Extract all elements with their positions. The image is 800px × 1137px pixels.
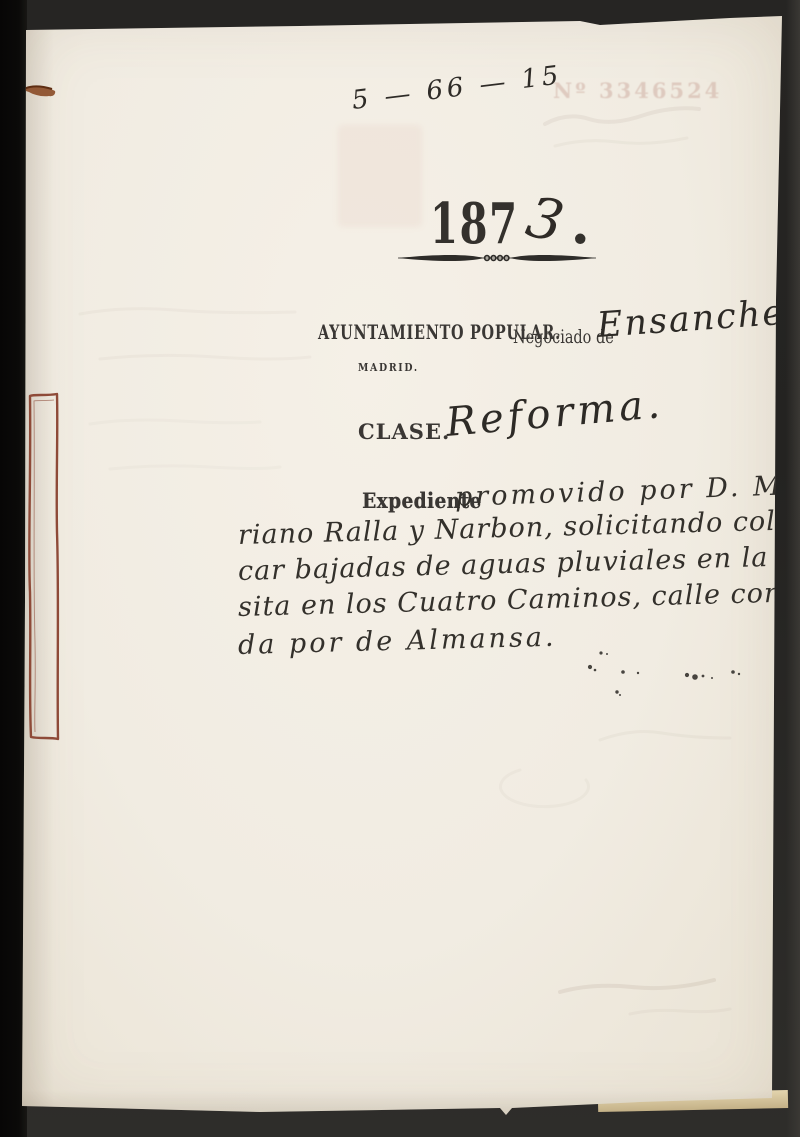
reference-number: 5 — 66 — 15 (350, 60, 564, 116)
clase-value-handwritten: Reforma. (444, 381, 665, 446)
clase-label: CLASE. (358, 419, 450, 444)
red-ink-bracket (22, 390, 64, 746)
ink-specks (560, 640, 770, 712)
year-handwritten-digit: 3 (522, 189, 569, 251)
document-scan: 5 — 66 — 15 Nº 3346524 187 3 . AYUNTAMIE… (0, 0, 800, 1137)
document-page: 5 — 66 — 15 Nº 3346524 187 3 . AYUNTAMIE… (20, 14, 784, 1116)
expediente-line: da por de Almansa. (238, 622, 557, 661)
year-heading: 187 3 . (430, 196, 608, 258)
divider-ornament-icon (398, 250, 596, 266)
year-printed: 187 (430, 196, 518, 252)
binding-stitch-icon (22, 78, 62, 104)
registry-stamp: Nº 3346524 (553, 78, 722, 103)
photo-background-right (786, 0, 800, 1137)
organization-city: MADRID. (358, 361, 419, 374)
negociado-value-handwritten: Ensanche (596, 293, 787, 346)
year-period: . (571, 196, 591, 252)
stamp-show-through (338, 125, 422, 227)
